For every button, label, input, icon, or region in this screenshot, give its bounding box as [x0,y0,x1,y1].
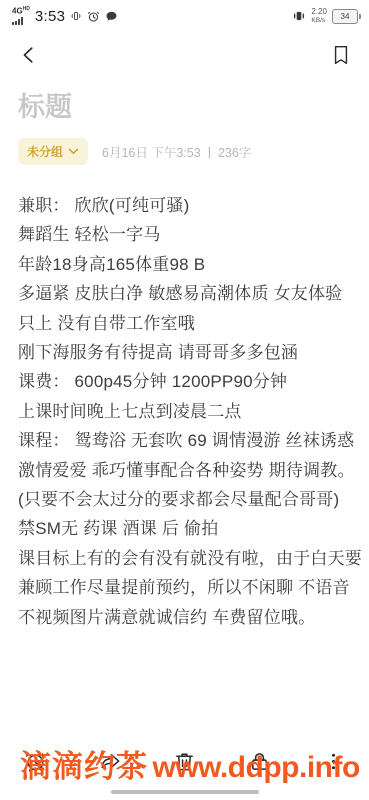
share-icon[interactable] [99,750,122,773]
word-count: 236字 [218,143,251,161]
note-line: 不视频图片满意就诚信约 车费留位哦。 [18,603,351,632]
home-indicator[interactable] [111,790,259,794]
note-line: 课程： 鸳鸯浴 无套吹 69 调情漫游 丝袜诱惑 [18,426,351,455]
vibrate-icon [70,10,82,22]
note-line: 只上 没有自带工作室哦 [18,309,351,338]
note-meta-row: 未分组 6月16日 下午3:53 | 236字 [18,138,351,165]
group-label: 未分组 [27,143,63,160]
note-line: 刚下海服务有待提高 请哥哥多多包涵 [18,338,351,367]
note-line: 兼职： 欣欣(可纯可骚) [18,191,351,220]
note-line: 兼顾工作尽量提前预约，所以不闲聊 不语音 [18,573,351,602]
nav-bar [0,30,369,80]
note-line: (只要不会太过分的要求都会尽量配合哥哥) [18,485,351,514]
chat-bubble-icon [105,10,118,23]
cell-signal-icon: 4GHD [12,7,30,25]
battery-percent: 34 [332,9,358,24]
notes-app-screen: 4GHD 3:53 [0,0,369,800]
title-input-placeholder[interactable]: 标题 [18,90,351,124]
meta-separator: | [208,145,211,159]
note-line: 舞蹈生 轻松一字马 [18,220,351,249]
note-meta-info: 6月16日 下午3:53 | 236字 [102,143,251,161]
note-head: 标题 未分组 6月16日 下午3:53 | 236字 [0,80,369,165]
note-editor-area[interactable]: 兼职： 欣欣(可纯可骚) 舞蹈生 轻松一字马 年龄18身高165体重98 B 多… [0,165,369,632]
trash-icon[interactable] [173,750,196,773]
note-line: 上课时间晚上七点到凌晨二点 [18,397,351,426]
bottom-toolbar [0,738,369,784]
note-line: 多逼紧 皮肤白净 敏感易高潮体质 女友体验 [18,279,351,308]
status-left: 4GHD 3:53 [12,7,118,25]
back-button[interactable] [18,44,40,66]
bookmark-button[interactable] [331,44,351,66]
alarm-status-icon [87,10,100,23]
reminder-alarm-icon[interactable] [24,750,47,773]
note-line: 课目标上有的会有没有就没有啦，由于白天要 [18,544,351,573]
lock-icon[interactable] [248,750,271,773]
note-line: 课费： 600p45分钟 1200PP90分钟 [18,367,351,396]
status-right: 2.20 KB/s 34 [292,8,361,24]
network-speed: 2.20 KB/s [311,8,327,24]
group-selector[interactable]: 未分组 [18,138,88,165]
battery-indicator: 34 [332,9,361,24]
status-time: 3:53 [35,8,65,25]
status-bar: 4GHD 3:53 [0,0,369,30]
more-vertical-icon[interactable] [322,750,345,773]
chevron-down-icon [68,147,79,156]
note-line: 激情爱爱 乖巧懂事配合各种姿势 期待调教。 [18,456,351,485]
note-line: 年龄18身高165体重98 B [18,250,351,279]
note-line: 禁SM无 药课 酒课 后 偷拍 [18,514,351,543]
note-date: 6月16日 下午3:53 [102,143,201,161]
vibrate-mode-icon [292,9,306,23]
